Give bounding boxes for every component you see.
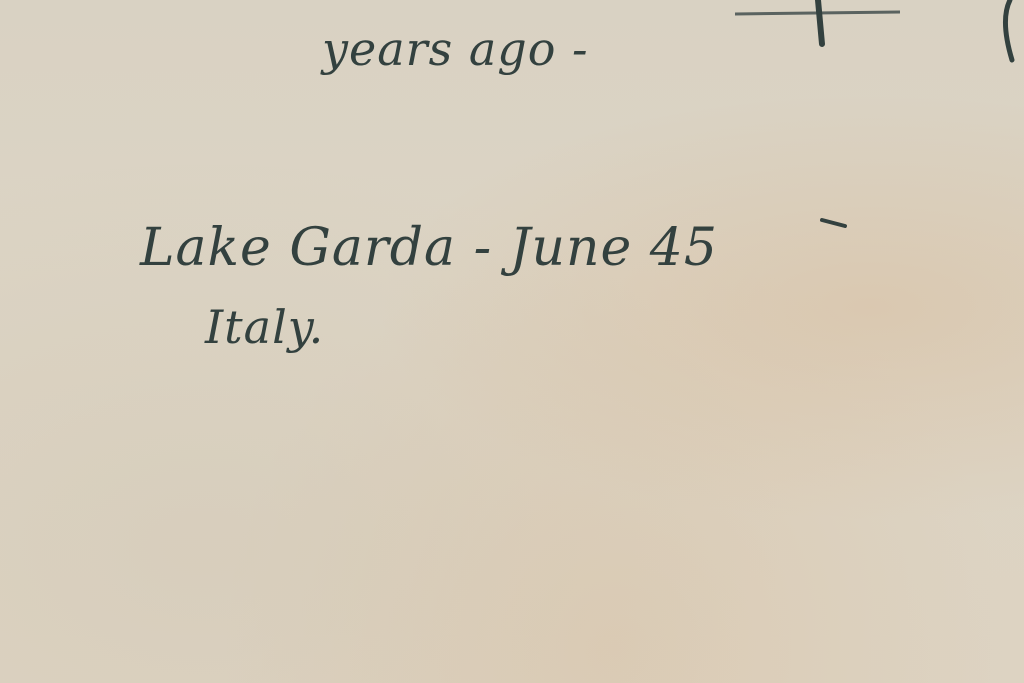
handwritten-line-years-ago: years ago - [322, 22, 589, 76]
handwritten-line-location-date: Lake Garda - June 45 [140, 218, 718, 278]
partial-handwriting-strokes [0, 0, 1024, 683]
handwritten-line-country: Italy. [205, 300, 324, 354]
